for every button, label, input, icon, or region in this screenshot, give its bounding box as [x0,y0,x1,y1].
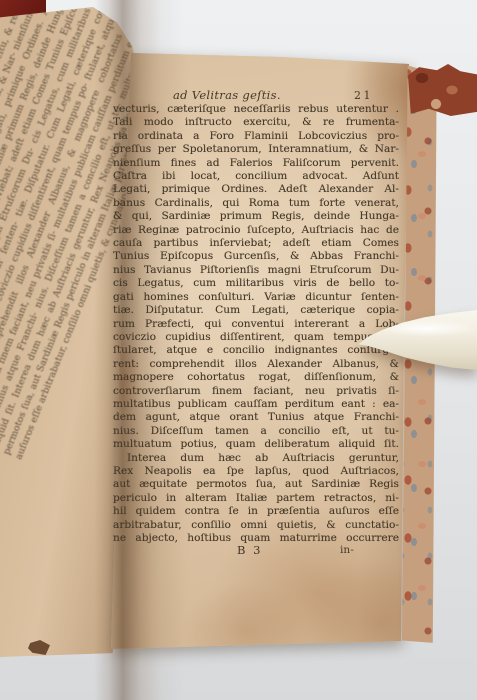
text-line: Caſtra ibi locat, concilium advocat. Adſ… [113,170,399,183]
text-line: periculo in alteram Italiæ partem retrac… [113,492,399,505]
catchword: in- [340,544,354,556]
text-line: multuatum potius, quam deliberatum aliqu… [113,438,399,451]
text-line: nienſium fines ad Falerios Faliſcorum pe… [113,157,399,170]
text-line: nius. Diſceſſum tamen a concilio eſt, ut… [113,425,399,438]
text-line: Tali modo inſtructo exercitu, & re frume… [113,116,399,129]
signature-mark: B 3 [237,543,262,557]
text-line: ria ordinata a Foro Flaminii Lobcovicziu… [113,130,399,143]
text-line: multatibus publicam cauſſam perditum ean… [113,398,399,411]
text-line: cauſa partibus inſerviebat; adeſt etiam … [113,237,399,250]
book-photo: vecturis, cæteriſque neceſſariis rebus u… [0,0,477,700]
text-line: cis Legatus, cum militaribus viris de be… [113,277,399,290]
text-line: vecturis, cæteriſque neceſſariis rebus u… [113,103,399,116]
text-line: arbitrabatur, conſilio omni quietis, & c… [113,519,399,532]
text-line: controverſiarum finem faciant, neu priva… [113,385,399,398]
signature-row: B 3 in- [113,543,399,558]
bone-folder-shape [352,298,477,378]
text-line: & qui, Sardiniæ primum Regis, deinde Hun… [113,210,399,223]
text-line: Interea dum hæc ab Auſtriacis geruntur, [113,452,399,465]
text-line: banus Cardinalis, qui Roma tum forte ven… [113,197,399,210]
text-line: greſſus per Spoletanorum, Interamnatium,… [113,143,399,156]
bone-folder [352,298,477,378]
text-line: Legati, primique Ordines. Adeſt Alexande… [113,183,399,196]
text-line: nius Tavianus Piſtorienſis magni Etruſco… [113,264,399,277]
header-title: ad Velitras geſtis. [173,88,281,102]
running-header: ad Velitras geſtis. 21 [113,88,399,104]
text-line: hil quidem contra ſe in præſentia auſuro… [113,505,399,518]
text-line: Tunius Epiſcopus Gurcenſis, & Abbas Fran… [113,250,399,263]
text-line: riæ Reginæ patrocinio ſuſcepto, Auſtriac… [113,224,399,237]
text-line: dem agunt, atque orant Tunius atque Fran… [113,411,399,424]
text-line: aut æquitate permotos ſua, aut Sardiniæ … [113,478,399,491]
page-number: 21 [354,89,373,102]
text-line: Rex Neapolis ea ſpe lapſus, quod Auſtria… [113,465,399,478]
